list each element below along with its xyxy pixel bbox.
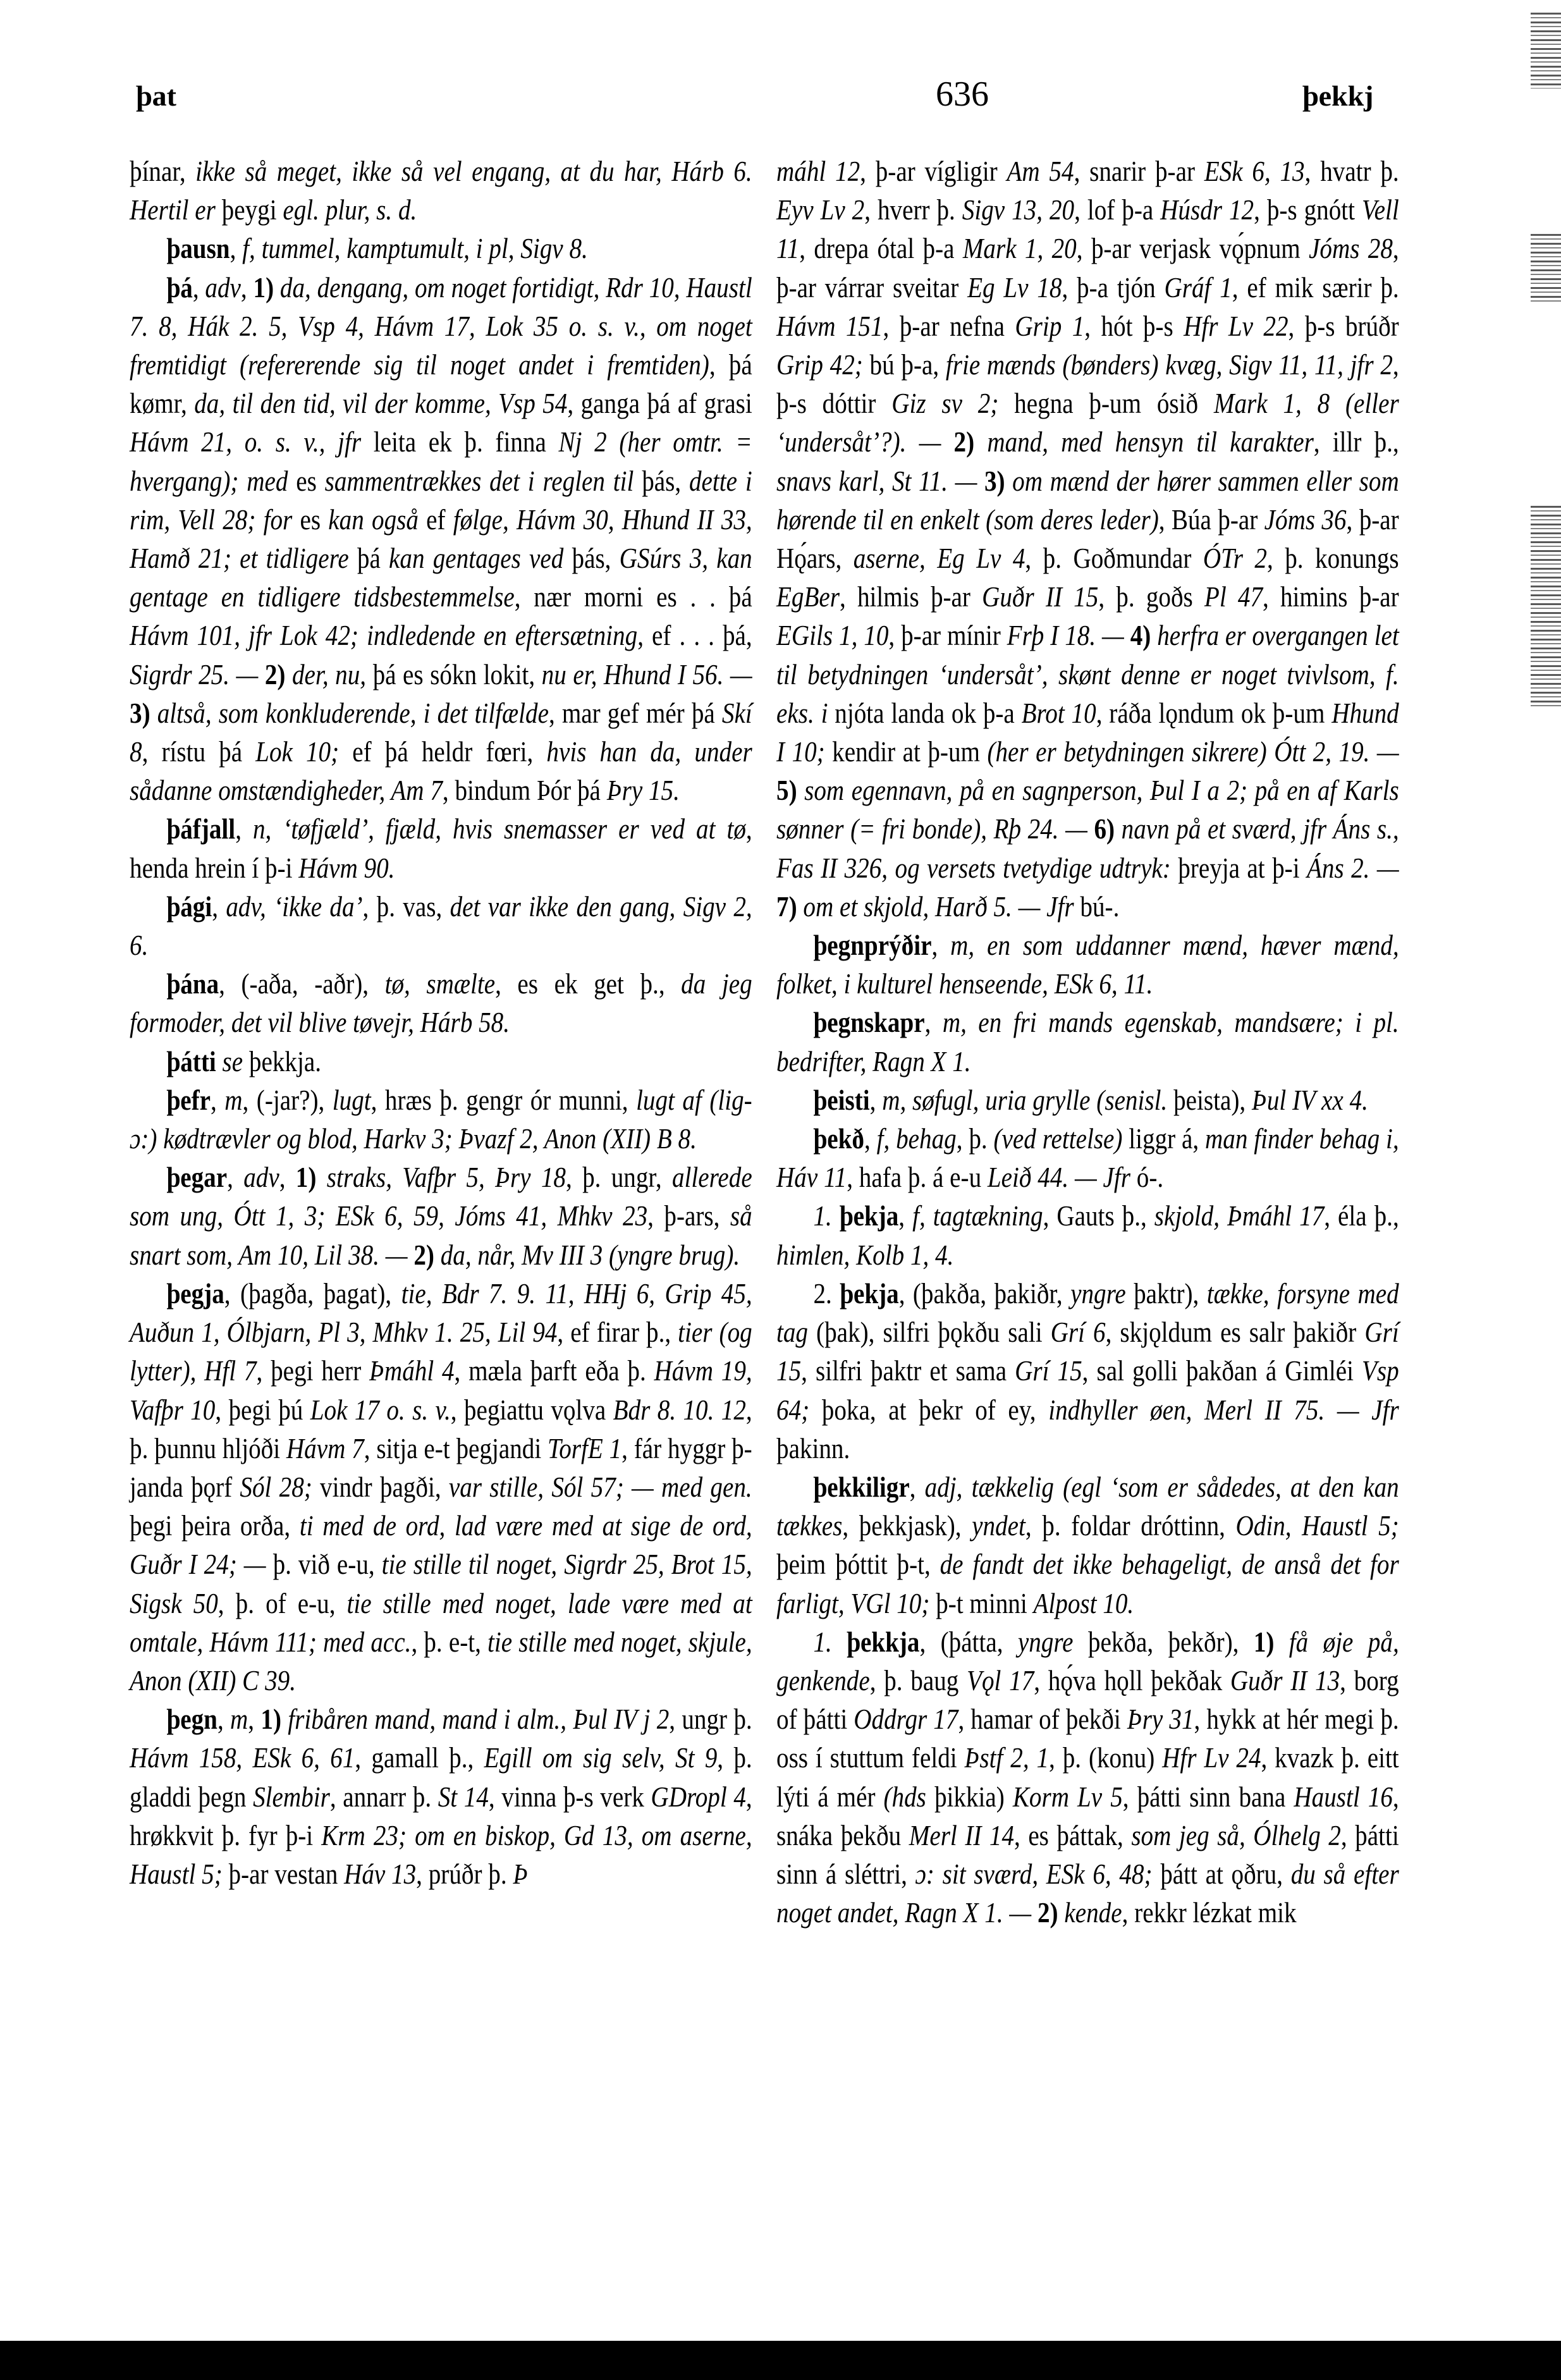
text-run: , [241,271,254,304]
text-run: þ-ar vestan [223,1858,344,1890]
text-run: þá es sókn lokit, [366,658,542,690]
italic-text: Frþ I 18. — [1007,619,1130,651]
text-run: , [227,1161,243,1193]
italic-text: (ved rettelse) [994,1122,1123,1155]
scan-bottom-border [0,2341,1561,2380]
dictionary-entry: þausn, f, tummel, kamptumult, i pl, Sigv… [130,229,752,267]
italic-text: f, behag [877,1122,957,1155]
text-run: , ef mik særir þ. [1232,271,1399,304]
italic-text: Þry 31 [1127,1703,1194,1735]
text-run: , hafa þ. á e-u [847,1161,988,1193]
italic-text: egl. plur, s. d. [283,193,417,226]
left-guide-word: þat [136,79,176,113]
italic-text: kende [1064,1896,1122,1929]
text-run: , sitja e-t þegjandi [364,1432,548,1464]
italic-text: Guðr II 15 [982,580,1098,613]
text-run: þeygi [222,193,283,226]
italic-text: Hávm 90. [298,852,395,884]
italic-text: (her er betydningen sikrere) Ótt 2, 19. … [987,735,1399,768]
text-run: , snarir þ-ar [1074,155,1204,187]
italic-text: straks, Vafþr 5, Þry 18 [327,1161,566,1193]
dictionary-entry: þekkiligr, adj, tækkelig (egl ‘som er så… [776,1468,1399,1622]
text-run: , þegi þú [215,1394,310,1426]
italic-text: fribåren mand, mand i alm., Þul IV j 2 [288,1703,669,1735]
italic-text: Grí 6 [1051,1316,1106,1348]
text-run: , þ-ar vígligir [860,155,1007,187]
text-run: , es ek get þ., [495,967,681,1000]
text-run: ó-. [1130,1161,1163,1193]
italic-text: Merl II 14 [909,1819,1014,1851]
text-run: , [870,1084,883,1116]
text-run: , sal golli þakðan á Gimléi [1082,1354,1362,1387]
italic-text: Þmáhl 4 [369,1354,455,1387]
italic-text: var stille, Sól 57; — med gen. [449,1471,752,1503]
text-run: , þ. e-t, [411,1626,487,1658]
text-run: bú þ-a, [863,348,946,381]
headword: þegn [166,1703,217,1735]
text-run: , þ. vas, [363,890,450,923]
page-number: 636 [936,74,989,114]
italic-text: Odin, Haustl 5; [1236,1509,1399,1542]
italic-text: Lok 17 o. s. v. [310,1394,451,1426]
italic-text: Áns 2. — [1307,852,1399,884]
headword: þeisti [813,1084,869,1116]
italic-text: Eyv Lv 2 [776,193,864,226]
text-run: , hræs þ. gengr ór munni, [371,1084,636,1116]
italic-text: da, når, Mv III 3 (yngre brug). [441,1239,740,1271]
text-run: , (-aða, -aðr), [219,967,384,1000]
italic-text: nu er, Hhund I 56. — [542,658,752,690]
headword: 2) [954,426,988,458]
text-run: , þ-s brúðr [1289,310,1399,342]
scan-edge-shadow [1531,13,1561,89]
text-run: , þ. goðs [1098,580,1204,613]
text-run: , þ. [957,1122,994,1155]
headword: þáfjall [166,813,235,845]
dictionary-entry: 1. þekja, f, tagtækning, Gauts þ., skjol… [776,1196,1399,1273]
italic-text: Jóms 28 [1309,232,1393,264]
text-run: þás, [634,465,689,497]
text-run: , hǫ́va hǫll þekðak [1034,1664,1230,1696]
italic-text: Hávm 21, o. s. v., jfr [130,426,361,458]
left-column: þínar, ikke så meget, ikke så vel engang… [130,152,665,1893]
italic-text: Hávm 7 [286,1432,364,1464]
italic-text: EgBer [776,580,840,613]
italic-text: kan også [328,503,419,536]
italic-text: adv [205,271,241,304]
italic-text: m [230,1703,248,1735]
headword: 2) [413,1239,440,1271]
right-column-entries: máhl 12, þ-ar vígligir Am 54, snarir þ-a… [776,152,1399,1932]
text-run: , ef . . . þá, [637,619,752,651]
headword: 2) [1038,1896,1064,1929]
dictionary-entry: þegn, m, 1) fribåren mand, mand i alm., … [130,1700,752,1893]
italic-text: snavs karl, St 11. — [776,465,984,497]
text-run: ef [419,503,453,536]
text-run: , silfri þaktr et sama [801,1354,1015,1387]
headword: 1) [296,1161,327,1193]
entry-continuation: máhl 12, þ-ar vígligir Am 54, snarir þ-a… [776,152,1399,926]
text-run: , [230,232,243,264]
text-run: , þekkjask), [842,1509,972,1542]
headword: þági [166,890,212,923]
text-run: , (þagða, þagat), [224,1277,401,1310]
italic-text: sammentrækkes det i reglen til [325,465,634,497]
italic-text: yngre [1018,1626,1074,1658]
italic-text: mand, med hensyn til karakter [987,426,1313,458]
text-run: þátt at ǫðru, [1153,1858,1291,1890]
dictionary-entry: þegja, (þagða, þagat), tie, Bdr 7. 9. 11… [130,1274,752,1700]
italic-text: adv [243,1161,279,1193]
italic-text: Þry 15. [607,774,680,806]
text-run: , himins þ-ar [1263,580,1399,613]
dictionary-entry: þegnskapr, m, en fri mands egenskab, man… [776,1003,1399,1080]
text-run: þeim þóttit þ-t, [776,1548,940,1580]
italic-text: skjold, Þmáhl 17 [1154,1199,1324,1232]
text-run: , es þáttak, [1014,1819,1131,1851]
headword: þátti [166,1045,216,1077]
text-run: , prúðr þ. [416,1858,513,1890]
text-run: , [864,1122,877,1155]
text-run: , rístu þá [142,735,256,768]
text-run: es [292,503,328,536]
italic-text: kan gentages ved [389,542,563,574]
italic-text: (hds [884,1781,926,1813]
text-run: , [931,929,950,961]
headword: 1) [254,271,280,304]
text-run: , hilmis þ-ar [840,580,982,613]
headword: þegja [166,1277,224,1310]
headword: þekkiligr [813,1471,909,1503]
scan-edge-shadow [1531,506,1561,708]
headword: þekð [813,1122,864,1155]
headword: 1) [260,1703,288,1735]
headword: 5) [776,774,804,806]
italic-text: aserne, Eg Lv 4 [854,542,1025,574]
dictionary-entry: þegnprýðir, m, en som uddanner mænd, hæv… [776,926,1399,1003]
italic-text: Grí 15 [1015,1354,1082,1387]
italic-text: tø, smælte [385,967,495,1000]
text-run: kendir at þ-um [825,735,988,768]
italic-text: Þul IV xx 4. [1252,1084,1368,1116]
headword: þekja [840,1199,898,1232]
text-run: 2. [813,1277,840,1310]
italic-text: himlen, Kolb 1, 4. [776,1239,953,1271]
text-run: , drepa ótal þ-a [799,232,963,264]
italic-text: Egill om sig selv, St 9 [484,1741,718,1774]
italic-text: Oddrgr 17 [854,1703,958,1735]
italic-text: Sigrdr 25. — [130,658,265,690]
headword: 6) [1094,813,1121,845]
headword: 3) [130,697,157,729]
headword: þá [166,271,192,304]
text-run: , ungr þ. [669,1703,752,1735]
italic-text: Eg Lv 18 [967,271,1062,304]
dictionary-entry: 1. þekkja, (þátta, yngre þekða, þekðr), … [776,1622,1399,1932]
left-column-entries: þínar, ikke så meget, ikke så vel engang… [130,152,752,1893]
dictionary-entry: 2. þekja, (þakða, þakiðr, yngre þaktr), … [776,1274,1399,1468]
text-run: , (-jar?), [243,1084,333,1116]
italic-text: Hávm 158, ESk 6, 61 [130,1741,355,1774]
text-run: , þegiattu vǫlva [451,1394,613,1426]
italic-text: Húsdr 12 [1160,193,1254,226]
text-run: , [217,1703,230,1735]
text-run: , hamar of þekði [958,1703,1127,1735]
dictionary-entry: þefr, m, (-jar?), lugt, hræs þ. gengr ór… [130,1081,752,1158]
italic-text: Grip 42; [776,348,863,381]
dictionary-entry: þági, adv, ‘ikke da’, þ. vas, det var ik… [130,887,752,964]
dictionary-entry: þá, adv, 1) da, dengang, om noget fortid… [130,268,752,810]
text-run: , þ. Goðmundar [1025,542,1203,574]
text-run: , þátti sinn bana [1123,1781,1294,1813]
text-run: , þ-ar verjask vǫ́pnum [1077,232,1309,264]
text-run: þ-t minni [929,1587,1033,1619]
headword: 2) [265,658,292,690]
text-run: þreyja at þ-i [1171,852,1307,884]
italic-text: Lok 10; [255,735,339,768]
text-run: , (þakða, þakiðr, [899,1277,1070,1310]
text-run: , þ-a tjón [1062,271,1164,304]
dictionary-entry: þeisti, m, søfugl, uria grylle (senisl. … [776,1081,1399,1119]
text-run: , éla þ., [1324,1199,1399,1232]
text-run: , þ. (konu) [1049,1741,1162,1774]
italic-text: se [223,1045,243,1077]
italic-text: TorfE 1 [548,1432,621,1464]
italic-text: ɔ: sit sværd, ESk 6, 48; [915,1858,1153,1890]
italic-text: EGils 1, 10 [776,619,888,651]
right-column: máhl 12, þ-ar vígligir Am 54, snarir þ-a… [776,152,1312,1932]
italic-text: Hfr Lv 24 [1162,1741,1261,1774]
text-run: , illr þ., [1314,426,1399,458]
italic-text: f, tagtækning [912,1199,1043,1232]
text-run: , Búa þ-ar [1159,503,1264,536]
text-run: þá [349,542,389,574]
italic-text: da, til den tid, vil der komme, Vsp 54 [194,387,567,419]
text-run: njóta landa ok þ-a [828,697,1021,729]
text-run: þaktr), [1126,1277,1207,1310]
italic-text: ÓTr 2 [1203,542,1267,574]
italic-text: adv, ‘ikke da’ [226,890,362,923]
text-run: , [193,271,205,304]
headword: þefr [166,1084,211,1116]
text-run: þínar, [130,155,195,187]
text-run: ef þá heldr fœri, [339,735,546,768]
headword: 1) [1254,1626,1289,1658]
italic-text: Vǫl 17 [967,1664,1034,1696]
text-run: , hvatr þ. [1305,155,1399,187]
headword: 7) [776,890,803,923]
text-run: , [898,1199,912,1232]
text-run: , [235,813,253,845]
headword: þekkja [847,1626,919,1658]
italic-text: Sól 28; [240,1471,312,1503]
text-run: , þ-ar mínir [888,619,1007,651]
text-run: þeista), [1167,1084,1252,1116]
text-run: , þ-ar nefna [883,310,1015,342]
running-header: þat 636 þekkj [0,79,1561,117]
text-run: , [211,1084,224,1116]
text-run: hegna þ-um ósið [998,387,1213,419]
italic-text: Bdr 8. 10. 12 [613,1394,746,1426]
text-run: , [925,1006,943,1038]
italic-text: Leið 44. — Jfr [988,1161,1130,1193]
italic-text: indhyller øen, Merl II 75. — Jfr [1048,1394,1399,1426]
entry-continuation: þínar, ikke så meget, ikke så vel engang… [130,152,752,229]
text-run: , þ. konungs [1267,542,1399,574]
text-run: , vinna þ-s verk [489,1781,651,1813]
headword: þegnskapr [813,1006,924,1038]
italic-text: Háv 13 [344,1858,416,1890]
text-run: , nær morni es . . þá [515,580,752,613]
text-run: , þ. foldar dróttinn, [1025,1509,1236,1542]
text-run: þegi þeira orða, [130,1509,300,1542]
italic-text: m, søfugl, uria grylle (senisl. [882,1084,1167,1116]
text-run: , hót þ-s [1084,310,1184,342]
italic-text: Slembir [253,1781,330,1813]
italic-text: Þ [513,1858,528,1890]
text-run: , (þátta, [919,1626,1017,1658]
italic-text: som jeg så, Ólhelg 2 [1131,1819,1341,1851]
text-run: þoka, at þekr of ey, [809,1394,1048,1426]
text-run: vindr þagði, [312,1471,449,1503]
right-guide-word: þekkj [1302,79,1373,113]
headword: þána [166,967,219,1000]
italic-text: ESk 6, 13 [1204,155,1305,187]
text-run: , rekkr lézkat mik [1122,1896,1297,1929]
dictionary-entry: þáfjall, n, ‘tøfjæld’, fjæld, hvis snema… [130,809,752,886]
text-run: , lof þ-a [1074,193,1160,226]
italic-text: Alpost 10. [1034,1587,1134,1619]
headword: þekja [840,1277,898,1310]
italic-text: frie mænds (bønders) kvæg, Sigv 11, 11, … [946,348,1393,381]
italic-text: yngre [1070,1277,1126,1310]
text-run: , þ-ars, [647,1199,730,1232]
text-run: , mæla þarft eða þ. [455,1354,654,1387]
italic-text: 1. [813,1199,839,1232]
text-run: leita ek þ. finna [361,426,558,458]
headword: þausn [166,232,230,264]
italic-text: St 14 [438,1781,489,1813]
italic-text: der, nu, [292,658,366,690]
italic-text: Guðr II 13 [1230,1664,1340,1696]
text-run: þakinn. [776,1432,850,1464]
text-run: , bindum Þór þá [443,774,607,806]
text-run: þ. við e-u, [266,1548,382,1580]
italic-text: n, ‘tøfjæld’, fjæld, hvis snemasser er v… [253,813,746,845]
italic-text: Hfr Lv 22 [1184,310,1288,342]
italic-text: lugt [333,1084,371,1116]
italic-text: m [224,1084,242,1116]
italic-text: Þstf 2, 1 [965,1741,1050,1774]
italic-text: Mark 1, 20 [963,232,1077,264]
italic-text: máhl 12 [776,155,860,187]
italic-text: Am 54 [1007,155,1074,187]
italic-text: Hávm 151 [776,310,883,342]
headword: þegar [166,1161,227,1193]
text-run: (þak), silfri þǫkðu sali [808,1316,1051,1348]
text-run: , [248,1703,260,1735]
italic-text: altså, som konkluderende, i det tilfælde [157,697,549,729]
text-run: , hverr þ. [864,193,962,226]
text-run: , þ-s gnótt [1254,193,1362,226]
text-run: , annarr þ. [330,1781,438,1813]
text-run [216,1045,223,1077]
text-run: liggr á, [1122,1122,1205,1155]
italic-text: f, tummel, kamptumult, i pl, Sigv 8. [242,232,588,264]
text-run: , þ. of e-u, [218,1587,347,1619]
text-run: , Gauts þ., [1043,1199,1154,1232]
text-run: , [910,1471,925,1503]
italic-text: GDropl 4 [651,1781,745,1813]
headword: þegnprýðir [813,929,931,961]
headword: 3) [984,465,1012,497]
text-run: bú-. [1074,890,1120,923]
text-run: þekða, þekðr), [1074,1626,1254,1658]
scan-edge-shadow [1531,234,1561,304]
italic-text: om et skjold, Harð 5. — Jfr [803,890,1074,923]
italic-text: Jóms 36 [1264,503,1347,536]
italic-text: 1. [813,1626,847,1658]
text-run: es [288,465,324,497]
text-run: , ráða lǫndum ok þ-um [1096,697,1332,729]
italic-text: Hávm 101, jfr Lok 42; indledende en efte… [130,619,637,651]
italic-text: Gráf 1 [1165,271,1232,304]
italic-text: Giz sv 2; [891,387,998,419]
text-run: , þ. baug [870,1664,967,1696]
text-run: þikkia) [926,1781,1013,1813]
text-run: , þegi herr [257,1354,370,1387]
italic-text: yndet [972,1509,1025,1542]
text-run: , [279,1161,296,1193]
italic-text: Haustl 16 [1294,1781,1393,1813]
text-run: , ganga þá af grasi [567,387,752,419]
dictionary-entry: þátti se þekkja. [130,1042,752,1081]
text-run: , þ. ungr, [566,1161,672,1193]
dictionary-entry: þána, (-aða, -aðr), tø, smælte, es ek ge… [130,964,752,1041]
dictionary-entry: þegar, adv, 1) straks, Vafþr 5, Þry 18, … [130,1158,752,1274]
text-run: , [212,890,226,923]
text-run: , gamall þ., [355,1741,484,1774]
text-run: , skjǫldum es salr þakiðr [1106,1316,1365,1348]
text-run: , ef firar þ., [557,1316,678,1348]
text-run: , mar gef mér þá [549,697,722,729]
italic-text: Pl 47 [1204,580,1263,613]
italic-text: Sigv 13, 20 [962,193,1074,226]
headword: 4) [1130,619,1158,651]
text-run: þás, [563,542,619,574]
italic-text: Korm Lv 5 [1013,1781,1123,1813]
dictionary-entry: þekð, f, behag, þ. (ved rettelse) liggr … [776,1119,1399,1196]
italic-text: Grip 1 [1015,310,1084,342]
text-run: þekkja. [243,1045,321,1077]
italic-text: Brot 10 [1022,697,1096,729]
